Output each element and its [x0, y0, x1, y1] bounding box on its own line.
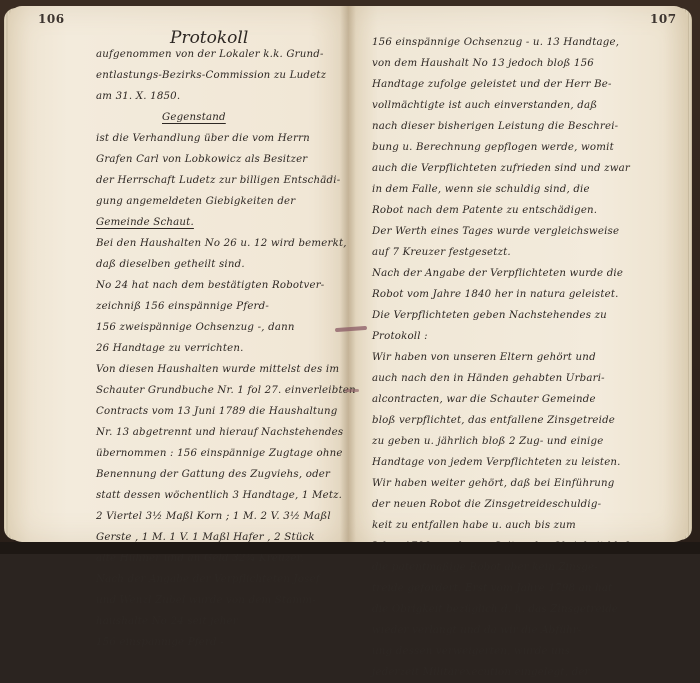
page-number-right: 107 [650, 12, 677, 26]
handwritten-line: Robot nach dem Patente zu entschädigen. [372, 200, 647, 221]
right-page-text: 156 einspännige Ochsenzug - u. 13 Handta… [372, 32, 647, 554]
handwritten-line: zu geben u. jährlich bloß 2 Zug- und ein… [372, 431, 647, 452]
handwritten-line: übernommen : 156 einspännige Zugtage ohn… [96, 443, 336, 464]
handwritten-line: keit zu entfallen habe u. auch bis zum [372, 515, 647, 536]
handwritten-line: Der Werth eines Tages wurde vergleichswe… [372, 221, 647, 242]
handwritten-line: bloß verpflichtet, das entfallene Zinsge… [372, 410, 647, 431]
handwritten-line: Schauter Grundbuche Nr. 1 fol 27. einver… [96, 380, 336, 401]
handwritten-line: Protokoll : [372, 326, 647, 347]
handwritten-line: vollmächtigte ist auch einverstanden, da… [372, 95, 647, 116]
handwritten-line: auch nach den in Händen gehabten Urbari- [372, 368, 647, 389]
book-cover-edge [0, 542, 700, 554]
handwritten-line: Die Verpflichteten geben Nachstehendes z… [372, 305, 647, 326]
handwritten-line: daß dieselben getheilt sind. [96, 254, 336, 275]
handwritten-line: nach dieser bisherigen Leistung die Besc… [372, 116, 647, 137]
handwritten-line: Wir haben von unseren Eltern gehört und [372, 347, 647, 368]
handwritten-line: No 24 hat nach dem bestätigten Robotver- [96, 275, 336, 296]
handwritten-line: 2 Viertel 3½ Maßl Korn ; 1 M. 2 V. 3½ Ma… [96, 506, 336, 527]
handwritten-line: 26 Handtage zu verrichten. [96, 338, 336, 359]
handwritten-line: Contracts vom 13 Juni 1789 die Haushaltu… [96, 401, 336, 422]
handwritten-line: am 31. X. 1850. [96, 86, 336, 107]
handwritten-line: Wir haben weiter gehört, daß bei Einführ… [372, 473, 647, 494]
handwritten-line: der Herrschaft Ludetz zur billigen Entsc… [96, 170, 336, 191]
handwritten-line: der neuen Robot die Zinsgetreideschuldig… [372, 494, 647, 515]
page-number-left: 106 [38, 12, 65, 26]
handwritten-line: Nach der Angabe der Verpflichteten wurde… [372, 263, 647, 284]
handwritten-line: gung angemeldeten Giebigkeiten der [96, 191, 336, 212]
handwritten-line: 156 zweispännige Ochsenzug -, dann [96, 317, 336, 338]
handwritten-line: statt dessen wöchentlich 3 Handtage, 1 M… [96, 485, 336, 506]
handwritten-line: auf 7 Kreuzer festgesetzt. [372, 242, 647, 263]
handwritten-line: aufgenommen von der Lokaler k.k. Grund- [96, 44, 336, 65]
bookmark-thread-end [345, 389, 359, 392]
handwritten-line: Handtage von jedem Verpflichteten zu lei… [372, 452, 647, 473]
handwritten-line: Gemeinde Schaut. [96, 212, 336, 233]
handwritten-line: entlastungs-Bezirks-Commission zu Ludetz [96, 65, 336, 86]
left-page-text: aufgenommen von der Lokaler k.k. Grund-e… [96, 44, 336, 554]
handwritten-line: ist die Verhandlung über die vom Herrn [96, 128, 336, 149]
book-gutter [340, 6, 356, 542]
handwritten-line: Gegenstand [96, 107, 336, 128]
handwritten-line: Bei den Haushalten No 26 u. 12 wird beme… [96, 233, 336, 254]
handwritten-line: in dem Falle, wenn sie schuldig sind, di… [372, 179, 647, 200]
handwritten-line: zeichniß 156 einspännige Pferd- [96, 296, 336, 317]
handwritten-line: bung u. Berechnung gepflogen werde, womi… [372, 137, 647, 158]
handwritten-line: 156 einspännige Ochsenzug - u. 13 Handta… [372, 32, 647, 53]
handwritten-line: Handtage zufolge geleistet und der Herr … [372, 74, 647, 95]
handwritten-line: Nr. 13 abgetrennt und hierauf Nachstehen… [96, 422, 336, 443]
handwritten-line: Robot vom Jahre 1840 her in natura gelei… [372, 284, 647, 305]
handwritten-line: Von diesen Haushalten wurde mittelst des… [96, 359, 336, 380]
handwritten-line: auch die Verpflichteten zufrieden sind u… [372, 158, 647, 179]
handwritten-line: von dem Haushalt No 13 jedoch bloß 156 [372, 53, 647, 74]
handwritten-line: Benennung der Gattung des Zugviehs, oder [96, 464, 336, 485]
book-spread: 106 107 Protokoll aufgenommen von der Lo… [0, 0, 700, 554]
handwritten-line: Grafen Carl von Lobkowicz als Besitzer [96, 149, 336, 170]
handwritten-line: alcontracten, war die Schauter Gemeinde [372, 389, 647, 410]
